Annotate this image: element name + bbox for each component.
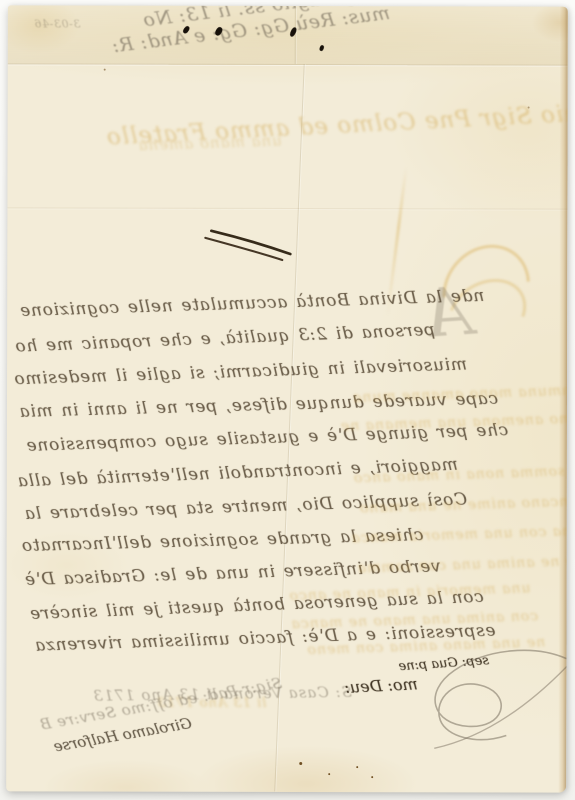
manuscript-line: persona di 2:3 qualità, e che ropanic me… xyxy=(14,320,435,357)
scan-backdrop: 3-03-46 No g: luglio ss. li 13: No mus: … xyxy=(0,0,575,800)
bleedthrough-initial: A xyxy=(421,273,474,353)
ink-speck xyxy=(299,762,302,765)
signature-flourish xyxy=(336,642,568,756)
pencil-shelf-number: 3-03-46 xyxy=(34,17,81,30)
bleedthrough-line: mano ne anima una con somma xyxy=(356,552,567,576)
letter-page-verso: 3-03-46 No g: luglio ss. li 13: No mus: … xyxy=(6,5,568,792)
manuscript-line: miusorievali in giudicarmi; si aglie il … xyxy=(13,355,467,390)
ink-speck xyxy=(356,766,358,768)
body-text-block: nde la Divina Bontà accumulate nelle cog… xyxy=(11,286,481,301)
manuscript-line: nde la Divina Bontà accumulate nelle cog… xyxy=(19,286,484,321)
bleedthrough-line: una mano amena xyxy=(137,131,282,154)
ink-speck xyxy=(528,107,530,109)
horizontal-crease xyxy=(7,207,567,209)
ink-speck xyxy=(104,69,106,71)
ink-stroke-mark xyxy=(201,220,303,264)
ink-speck xyxy=(328,773,330,775)
ink-speck xyxy=(371,776,373,778)
